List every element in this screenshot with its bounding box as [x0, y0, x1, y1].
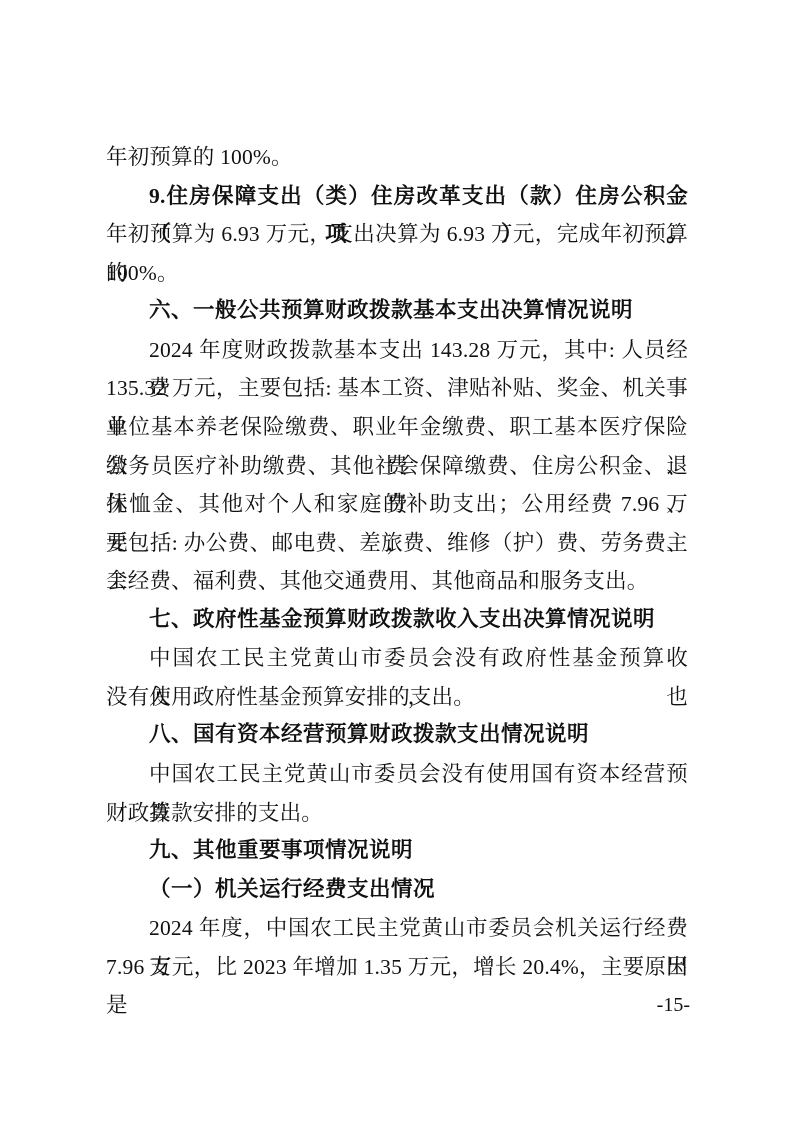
- paragraph-line: 会经费、福利费、其他交通费用、其他商品和服务支出。: [106, 562, 688, 601]
- paragraph-line: 公务员医疗补助缴费、其他社会保障缴费、住房公积金、退休费、: [106, 447, 688, 486]
- paragraph-line: 财政拨款安排的支出。: [106, 794, 688, 833]
- page-number: -15-: [657, 993, 690, 1017]
- subsection-heading-1: （一）机关运行经费支出情况: [106, 871, 688, 910]
- section-heading-8: 八、国有资本经营预算财政拨款支出情况说明: [106, 716, 688, 755]
- paragraph-line: 年初预算的 100%。: [106, 138, 688, 177]
- document-page: 年初预算的 100%。 9.住房保障支出（类）住房改革支出（款）住房公积金（项）…: [0, 0, 793, 1122]
- paragraph-line: 单位基本养老保险缴费、职业年金缴费、职工基本医疗保险缴费、: [106, 408, 688, 447]
- section-heading-9: 九、其他重要事项情况说明: [106, 832, 688, 871]
- paragraph-line: 7.96 万元，比 2023 年增加 1.35 万元，增长 20.4%，主要原因…: [106, 948, 688, 987]
- paragraph-line: 要包括: 办公费、邮电费、差旅费、维修（护）费、劳务费、工: [106, 524, 688, 563]
- section-heading-6: 六、一般公共预算财政拨款基本支出决算情况说明: [106, 292, 688, 331]
- section-heading-7: 七、政府性基金预算财政拨款收入支出决算情况说明: [106, 601, 688, 640]
- paragraph-line: 抚恤金、其他对个人和家庭的补助支出；公用经费 7.96 万元，主: [106, 485, 688, 524]
- paragraph-line: 年初预算为 6.93 万元，支出决算为 6.93 万元，完成年初预算的: [106, 215, 688, 254]
- paragraph-line: 100%。: [106, 254, 688, 293]
- paragraph-line: 2024 年度，中国农工民主党黄山市委员会机关运行经费支出: [106, 909, 688, 948]
- paragraph-line: 135.32 万元，主要包括: 基本工资、津贴补贴、奖金、机关事业: [106, 369, 688, 408]
- paragraph-line: 中国农工民主党黄山市委员会没有政府性基金预算收入，也: [106, 639, 688, 678]
- document-body: 年初预算的 100%。 9.住房保障支出（类）住房改革支出（款）住房公积金（项）…: [106, 138, 688, 986]
- paragraph-line: 2024 年度财政拨款基本支出 143.28 万元，其中: 人员经费: [106, 331, 688, 370]
- paragraph-line: 中国农工民主党黄山市委员会没有使用国有资本经营预算: [106, 755, 688, 794]
- numbered-item-heading: 9.住房保障支出（类）住房改革支出（款）住房公积金（项）。: [106, 177, 688, 216]
